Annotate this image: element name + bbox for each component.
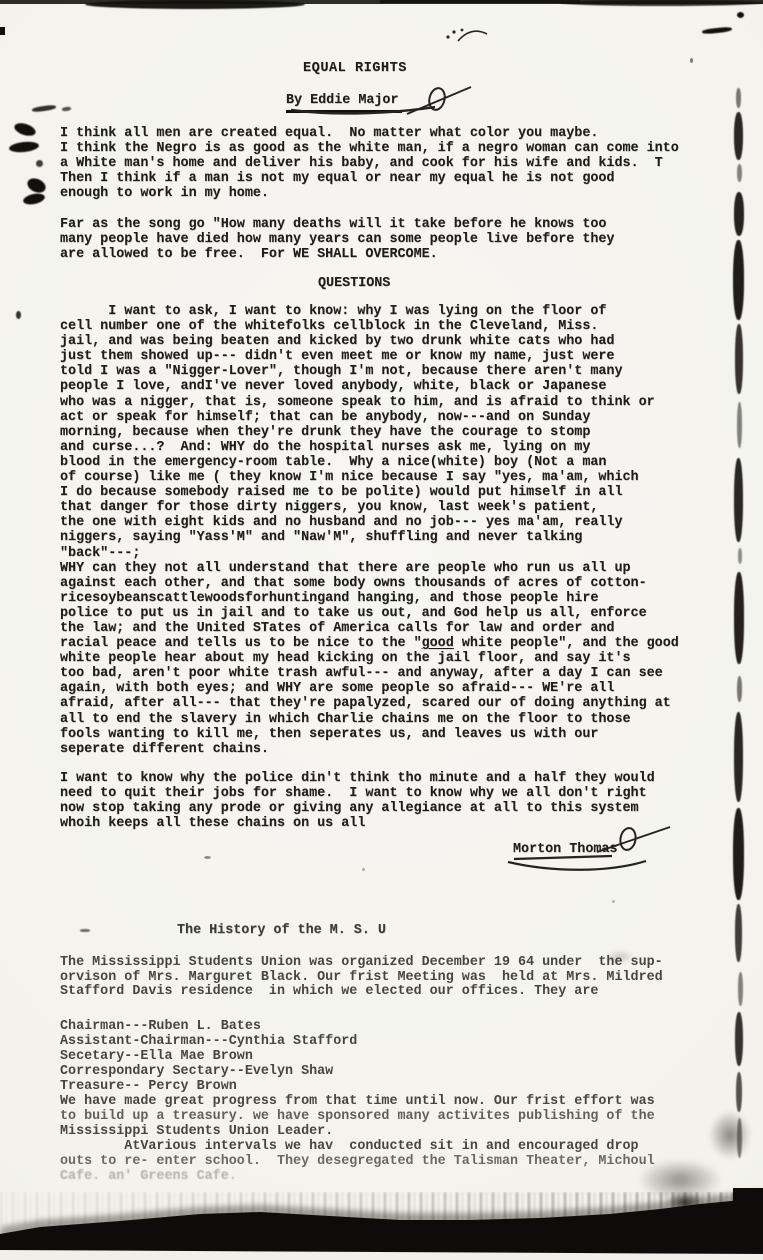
- text-line: need to quit their jobs for shame. I wan…: [60, 786, 655, 801]
- text-line: now stop taking any prode or giving any …: [60, 801, 655, 816]
- text-line: Stafford Davis residence in which we ele…: [60, 985, 663, 1000]
- paragraph-questions: I want to ask, I want to know: why I was…: [60, 304, 679, 757]
- text-line: to build up a treasury. we have sponsore…: [60, 1109, 655, 1124]
- right-edge-streak: [735, 1012, 743, 1066]
- text-line: all to end the slavery in which Charlie …: [60, 712, 679, 727]
- text-line: that danger for those dirty niggers, you…: [60, 500, 679, 515]
- text-line: Secetary--Ella Mae Brown: [60, 1049, 357, 1064]
- text-line: orvison of Mrs. Marguret Black. Our fris…: [60, 971, 663, 986]
- text-line: Far as the song go "How many deaths will…: [60, 217, 614, 232]
- text-line: I do because somebody raised me to be po…: [60, 485, 679, 500]
- text-line: a White man's home and deliver his baby,…: [60, 156, 679, 171]
- right-edge-streak: [734, 572, 744, 664]
- right-edge-streak: [738, 972, 743, 1006]
- scan-artifact: [600, 948, 640, 966]
- text-line: act or speak for himself; that can be an…: [60, 410, 679, 425]
- top-edge-artifact: [85, 0, 305, 9]
- right-edge-streak: [733, 808, 744, 900]
- text-line: niggers, saying "Yass'M" and "Naw'M", sh…: [60, 530, 679, 545]
- text-line: just them showed up--- didn't even meet …: [60, 349, 679, 364]
- text-line: the law; and the United STates of Americ…: [60, 621, 679, 636]
- right-edge-streak: [735, 904, 742, 962]
- scan-artifact: [690, 58, 693, 63]
- scan-artifact: [36, 160, 43, 167]
- scan-artifact: [9, 140, 40, 153]
- scan-artifact: [16, 311, 21, 319]
- text-line: ricesoybeanscattlewoodsforhuntingand han…: [60, 591, 679, 606]
- text-line: morning, because when they're drunk they…: [60, 425, 679, 440]
- scan-artifact: [612, 900, 615, 903]
- text-line: jail, and was being beaten and kicked by…: [60, 334, 679, 349]
- text-line: racial peace and tells us to be nice to …: [60, 636, 679, 651]
- right-edge-streak: [736, 88, 741, 108]
- text-line: WHY can they not all understand that the…: [60, 561, 679, 576]
- right-edge-streak: [733, 240, 744, 320]
- text-line: seperate different chains.: [60, 742, 679, 757]
- section-heading-questions: QUESTIONS: [318, 276, 390, 291]
- text-line: afraid, after all--- that they're papaly…: [60, 696, 679, 711]
- scan-artifact: [737, 12, 744, 18]
- paragraph-history-intro: The Mississippi Students Union was organ…: [60, 956, 663, 1000]
- paragraph-intro: I think all men are created equal. No ma…: [60, 126, 679, 201]
- top-edge-artifact: [560, 0, 763, 6]
- text-line: told I was a "Nigger-Lover", though I'm …: [60, 364, 679, 379]
- text-line: people I love, andI've never loved anybo…: [60, 379, 679, 394]
- text-line: and curse...? And: WHY do the hospital n…: [60, 440, 679, 455]
- text-line: I want to know why the police din't thin…: [60, 771, 655, 786]
- scan-artifact: [13, 121, 37, 138]
- scan-artifact: [362, 868, 365, 871]
- handwritten-mark-icon: [440, 22, 530, 52]
- right-edge-streak: [734, 712, 743, 802]
- text-line: Assistant-Chairman---Cynthia Stafford: [60, 1034, 357, 1049]
- scan-artifact: [25, 176, 48, 196]
- right-edge-streak: [737, 676, 742, 702]
- text-line: I think all men are created equal. No ma…: [60, 126, 679, 141]
- right-edge-streak: [735, 324, 743, 394]
- officer-list: Chairman---Ruben L. BatesAssistant-Chair…: [60, 1019, 357, 1094]
- scan-artifact: [702, 26, 732, 34]
- text-line: cell number one of the whitefolks cellbl…: [60, 319, 679, 334]
- signature-flourish-icon: [500, 818, 680, 873]
- bottom-edge-band: [0, 1150, 763, 1260]
- text-line: police to put us in jail and to take us …: [60, 606, 679, 621]
- text-line: many people have died how many years can…: [60, 232, 614, 247]
- text-line: We have made great progress from that ti…: [60, 1094, 655, 1109]
- text-line: blood in the emergency-room table. Why a…: [60, 455, 679, 470]
- scan-artifact: [62, 106, 71, 111]
- right-edge-streak: [734, 112, 743, 160]
- scan-artifact: [80, 929, 90, 932]
- scan-artifact: [22, 192, 46, 206]
- text-line: enough to work in my home.: [60, 186, 679, 201]
- text-line: Treasure-- Percy Brown: [60, 1079, 357, 1094]
- handwritten-flourish-icon: [285, 80, 480, 120]
- section-heading-history: The History of the M. S. U: [177, 923, 386, 938]
- text-line: I want to ask, I want to know: why I was…: [60, 304, 679, 319]
- text-line: The Mississippi Students Union was organ…: [60, 956, 663, 971]
- right-edge-streak: [737, 402, 742, 448]
- scan-artifact: [204, 856, 211, 859]
- right-edge-streak: [734, 192, 744, 236]
- document-title: EQUAL RIGHTS: [303, 61, 407, 76]
- right-edge-streak: [734, 458, 743, 542]
- text-line: of course) like me ( they know I'm nice …: [60, 470, 679, 485]
- scanned-document-page: EQUAL RIGHTS By Eddie Major I think all …: [0, 0, 763, 1260]
- text-line: who was a nigger, that is, someone speak…: [60, 395, 679, 410]
- text-line: Then I think if a man is not my equal or…: [60, 171, 679, 186]
- text-line: white people hear about my head kicking …: [60, 651, 679, 666]
- paragraph-song: Far as the song go "How many deaths will…: [60, 217, 614, 262]
- text-line: Chairman---Ruben L. Bates: [60, 1019, 357, 1034]
- scan-artifact: [0, 27, 5, 35]
- text-line: Correspondary Sectary--Evelyn Shaw: [60, 1064, 357, 1079]
- scan-artifact: [32, 104, 56, 112]
- text-line: the one with eight kids and no husband a…: [60, 515, 679, 530]
- text-line: Mississippi Students Union Leader.: [60, 1124, 655, 1139]
- right-edge-streak: [737, 164, 742, 182]
- text-line: too bad, aren't poor white trash awful--…: [60, 666, 679, 681]
- text-line: are allowed to be free. For WE SHALL OVE…: [60, 247, 614, 262]
- text-line: "back"---;: [60, 546, 679, 561]
- right-edge-streak: [738, 548, 742, 564]
- paragraph-history-progress: We have made great progress from that ti…: [60, 1094, 655, 1139]
- text-line: against each other, and that some body o…: [60, 576, 679, 591]
- text-line: again, with both eyes; and WHY are some …: [60, 681, 679, 696]
- text-line: fools wanting to kill me, then seperates…: [60, 727, 679, 742]
- text-line: I think the Negro is as good as the whit…: [60, 141, 679, 156]
- top-edge-artifact: [380, 0, 580, 3]
